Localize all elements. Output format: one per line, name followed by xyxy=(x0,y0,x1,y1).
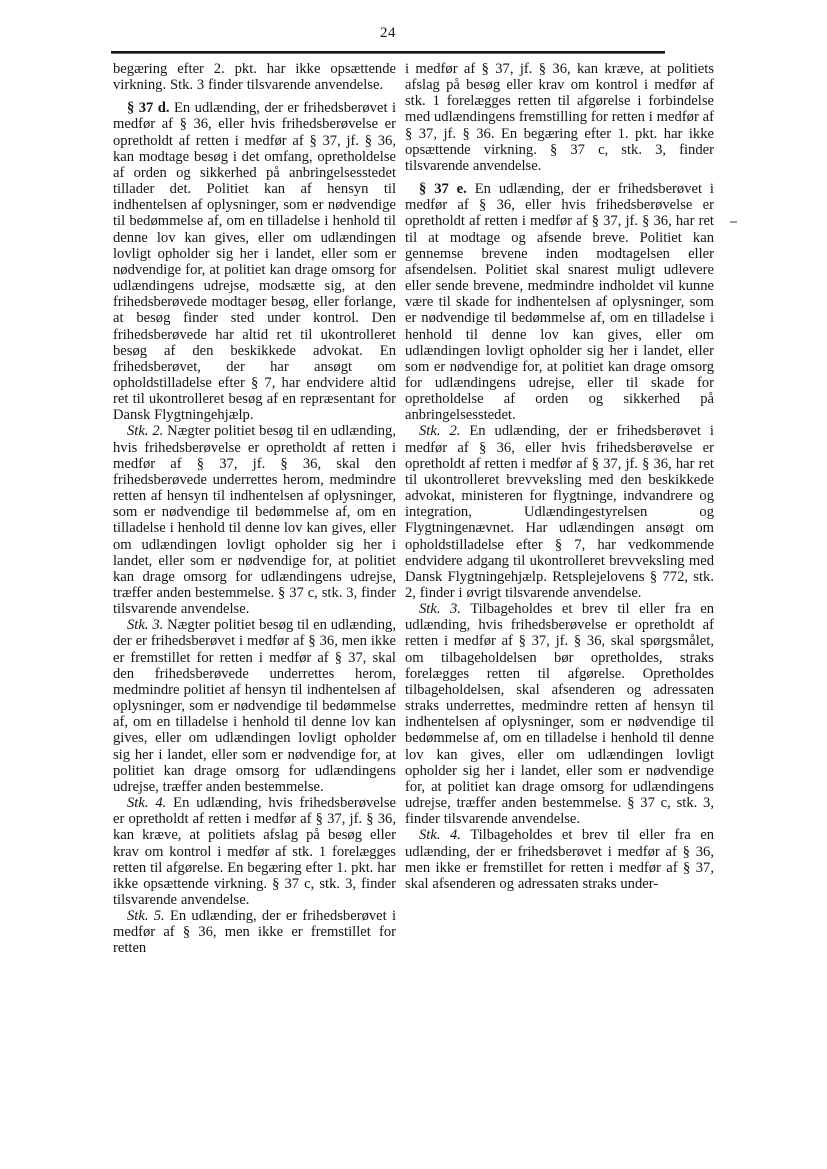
paragraph-lead: § 37 d. xyxy=(127,100,170,116)
paragraph-lead: Stk. 2. xyxy=(419,423,460,439)
paragraph-lead: Stk. 5. xyxy=(127,908,165,924)
paragraph: Stk. 5. En udlænding, der er frihedsberø… xyxy=(113,908,396,956)
paragraph: Stk. 2. Nægter politiet besøg til en udl… xyxy=(113,423,396,617)
right-column: i medfør af § 37, jf. § 36, kan kræve, a… xyxy=(405,61,714,957)
paragraph: i medfør af § 37, jf. § 36, kan kræve, a… xyxy=(405,61,714,174)
paragraph: § 37 d. En udlænding, der er frihedsberø… xyxy=(113,100,396,423)
paragraph-lead: Stk. 3. xyxy=(127,617,163,633)
paragraph-lead: Stk. 2. xyxy=(127,423,163,439)
paragraph: Stk. 4. Tilbageholdes et brev til eller … xyxy=(405,827,714,892)
header-rule xyxy=(111,51,665,53)
text-block: begæring efter 2. pkt. har ikke opsætten… xyxy=(113,61,714,957)
paragraph: begæring efter 2. pkt. har ikke opsætten… xyxy=(113,61,396,93)
paragraph: Stk. 3. Nægter politiet besøg til en udl… xyxy=(113,617,396,795)
paragraph: Stk. 3. Tilbageholdes et brev til eller … xyxy=(405,601,714,827)
scanned-document-page: 24 begæring efter 2. pkt. har ikke opsæt… xyxy=(0,0,827,1169)
left-column: begæring efter 2. pkt. har ikke opsætten… xyxy=(113,61,396,957)
paragraph-lead: Stk. 3. xyxy=(419,601,461,617)
paragraph-lead: Stk. 4. xyxy=(127,795,166,811)
paragraph-lead: § 37 e. xyxy=(419,181,467,197)
paragraph: Stk. 4. En udlænding, hvis frihedsberøve… xyxy=(113,795,396,908)
paragraph: § 37 e. En udlænding, der er frihedsberø… xyxy=(405,181,714,423)
paragraph: Stk. 2. En udlænding, der er frihedsberø… xyxy=(405,423,714,601)
paragraph-lead: Stk. 4. xyxy=(419,827,461,843)
page-number: 24 xyxy=(111,25,665,42)
scan-artifact-mark xyxy=(730,221,737,223)
